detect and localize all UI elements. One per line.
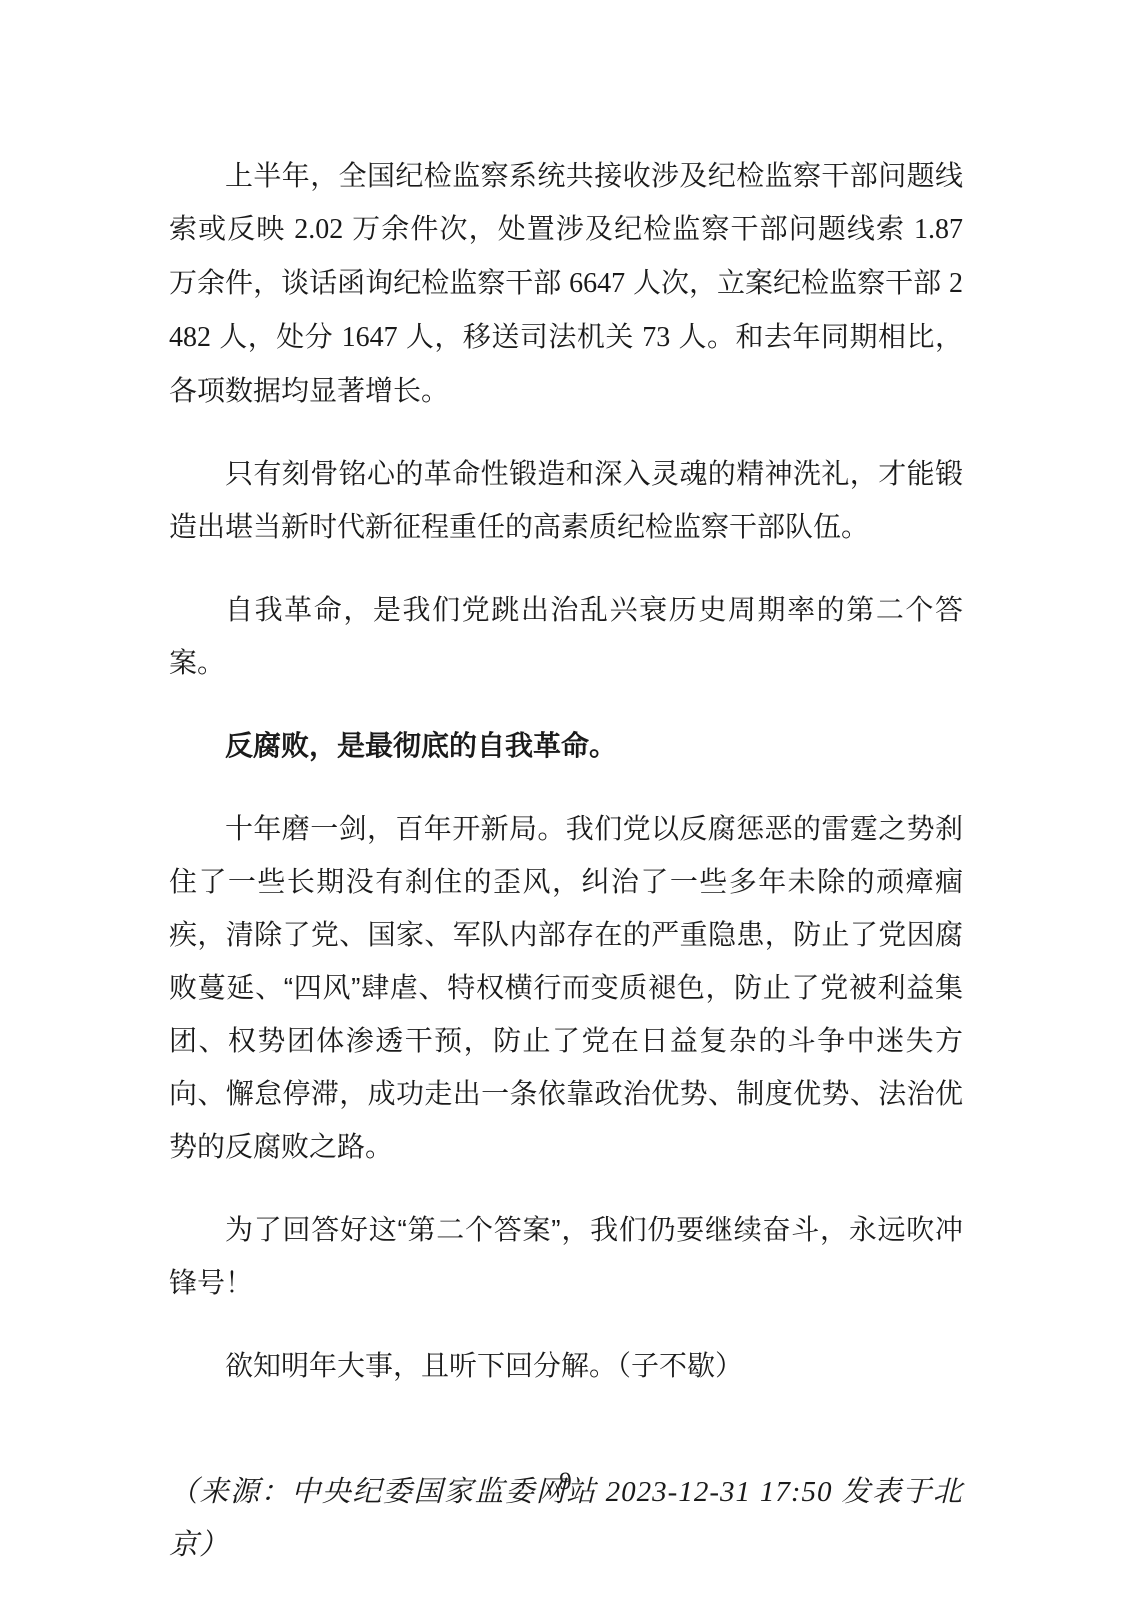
paragraph-statistics: 上半年，全国纪检监察系统共接收涉及纪检监察干部问题线索或反映 2.02 万余件次… <box>169 149 963 417</box>
paragraph-decade-achievements: 十年磨一剑，百年开新局。我们党以反腐惩恶的雷霆之势刹住了一些长期没有刹住的歪风，… <box>169 802 963 1173</box>
paragraph-self-revolution-answer: 自我革命，是我们党跳出治乱兴衰历史周期率的第二个答案。 <box>169 583 963 689</box>
document-page: 上半年，全国纪检监察系统共接收涉及纪检监察干部问题线索或反映 2.02 万余件次… <box>0 0 1131 1600</box>
latin-number: 6647 <box>569 268 625 299</box>
paragraph-closing-remark: 欲知明年大事，且听下回分解。（子不歇） <box>169 1339 963 1392</box>
page-number: 9 <box>0 1467 1131 1497</box>
latin-number: 1647 <box>342 322 398 353</box>
latin-number: 2482 <box>169 268 963 353</box>
latin-number: 73 <box>642 322 670 353</box>
latin-number: 9 <box>559 1468 572 1495</box>
paragraph-continue-struggle: 为了回答好这“第二个答案”，我们仍要继续奋斗，永远吹冲锋号！ <box>169 1203 963 1309</box>
paragraph-anti-corruption-bold: 反腐败，是最彻底的自我革命。 <box>169 719 963 772</box>
document-body: 上半年，全国纪检监察系统共接收涉及纪检监察干部问题线索或反映 2.02 万余件次… <box>169 149 963 1600</box>
paragraph-forging-cadres: 只有刻骨铭心的革命性锻造和深入灵魂的精神洗礼，才能锻造出堪当新时代新征程重任的高… <box>169 447 963 553</box>
latin-number: 2.02 <box>294 214 343 245</box>
latin-number: 1.87 <box>914 214 963 245</box>
